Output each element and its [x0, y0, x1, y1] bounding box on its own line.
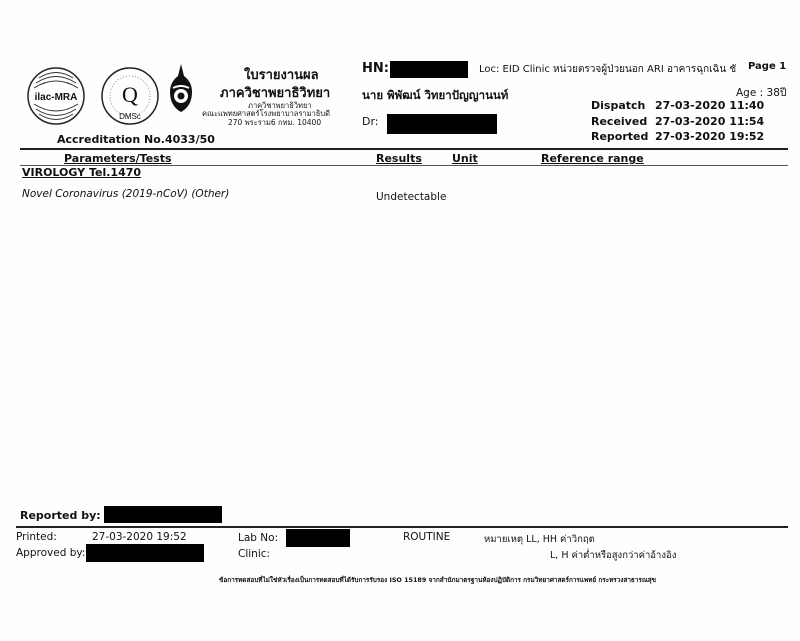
header-divider: [20, 148, 788, 150]
date-label: Received: [591, 114, 655, 130]
date-value: 27-03-2020 19:52: [655, 129, 764, 145]
svg-text:DMSc: DMSc: [119, 112, 141, 121]
column-header-reference-range: Reference range: [541, 152, 644, 165]
svg-text:Q: Q: [122, 82, 138, 107]
note-critical: หมายเหตุ LL, HH ค่าวิกฤต: [484, 532, 595, 547]
date-label: Reported: [591, 129, 655, 145]
date-label: Dispatch: [591, 98, 655, 114]
column-header-unit: Unit: [452, 152, 478, 165]
printed-label: Printed:: [16, 531, 57, 543]
reported-row: Reported 27-03-2020 19:52: [591, 129, 764, 145]
lab-address: 270 พระราม6 กทม. 10400: [228, 117, 321, 129]
printed-value: 27-03-2020 19:52: [92, 531, 187, 543]
doctor-redacted: [387, 114, 497, 134]
reported-by-label: Reported by:: [20, 509, 101, 522]
clinic-label: Clinic:: [238, 548, 270, 560]
ilac-mra-logo: ilac-MRA: [26, 66, 86, 126]
ramathibodi-emblem-logo: [164, 64, 198, 116]
lab-no-label: Lab No:: [238, 532, 278, 544]
date-value: 27-03-2020 11:40: [655, 98, 764, 114]
section-heading: VIROLOGY Tel.1470: [22, 166, 141, 179]
iso-disclaimer: ข้อการทดสอบที่ไม่ใช่หัวเรื่องเป็นการทดสอ…: [219, 575, 656, 585]
note-reference: L, H ค่าต่ำหรือสูงกว่าค่าอ้างอิง: [550, 548, 676, 563]
test-name: Novel Coronavirus (2019-nCoV) (Other): [22, 188, 229, 200]
lab-no-redacted: [286, 529, 350, 547]
priority: ROUTINE: [403, 531, 450, 543]
test-result: Undetectable: [376, 191, 446, 203]
footer-divider: [16, 526, 788, 528]
approved-by-redacted: [86, 544, 204, 562]
received-row: Received 27-03-2020 11:54: [591, 114, 764, 130]
dispatch-row: Dispatch 27-03-2020 11:40: [591, 98, 764, 114]
date-value: 27-03-2020 11:54: [655, 114, 764, 130]
report-dates: Dispatch 27-03-2020 11:40 Received 27-03…: [591, 98, 764, 145]
approved-by-label: Approved by:: [16, 547, 85, 559]
svg-text:ilac-MRA: ilac-MRA: [35, 92, 78, 103]
doctor-label: Dr:: [362, 115, 379, 128]
page-number: Page 1: [748, 61, 786, 72]
column-header-results: Results: [376, 152, 422, 165]
location: Loc: EID Clinic หน่วยตรวจผู้ป่วยนอก ARI …: [479, 62, 736, 77]
hn-label: HN:: [362, 61, 389, 76]
reported-by-redacted: [104, 506, 222, 523]
patient-name: นาย พิพัฒน์ วิทยาปัญญานนท์: [362, 87, 508, 105]
hn-redacted: [390, 61, 468, 78]
dmsc-quality-assurance-logo: Q DMSc: [100, 66, 160, 126]
accreditation-number: Accreditation No.4033/50: [57, 133, 215, 146]
column-header-parameters: Parameters/Tests: [64, 152, 172, 165]
